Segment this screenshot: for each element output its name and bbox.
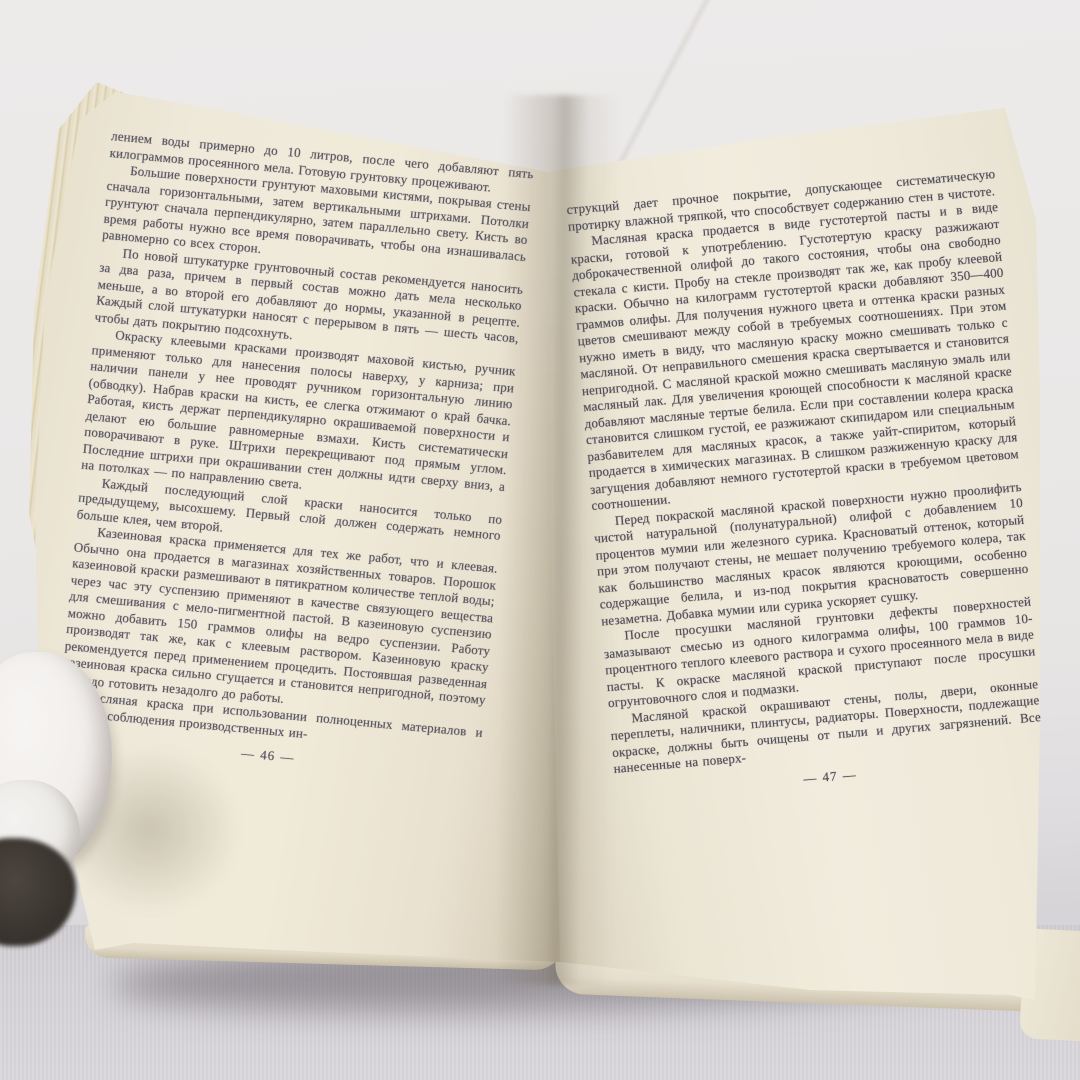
photo-of-open-book: лением воды примерно до 10 литров, после… [0, 0, 1080, 1080]
left-page-paragraphs: лением воды примерно до 10 литров, после… [58, 128, 534, 758]
right-page-text: струкций дает прочное покрытие, допускаю… [566, 166, 1045, 803]
paragraph: Масляная краска продается в виде густоте… [569, 199, 1021, 514]
left-page-text: лением воды примерно до 10 литров, после… [56, 128, 534, 783]
right-page-paragraphs: струкций дает прочное покрытие, допускаю… [566, 166, 1043, 777]
